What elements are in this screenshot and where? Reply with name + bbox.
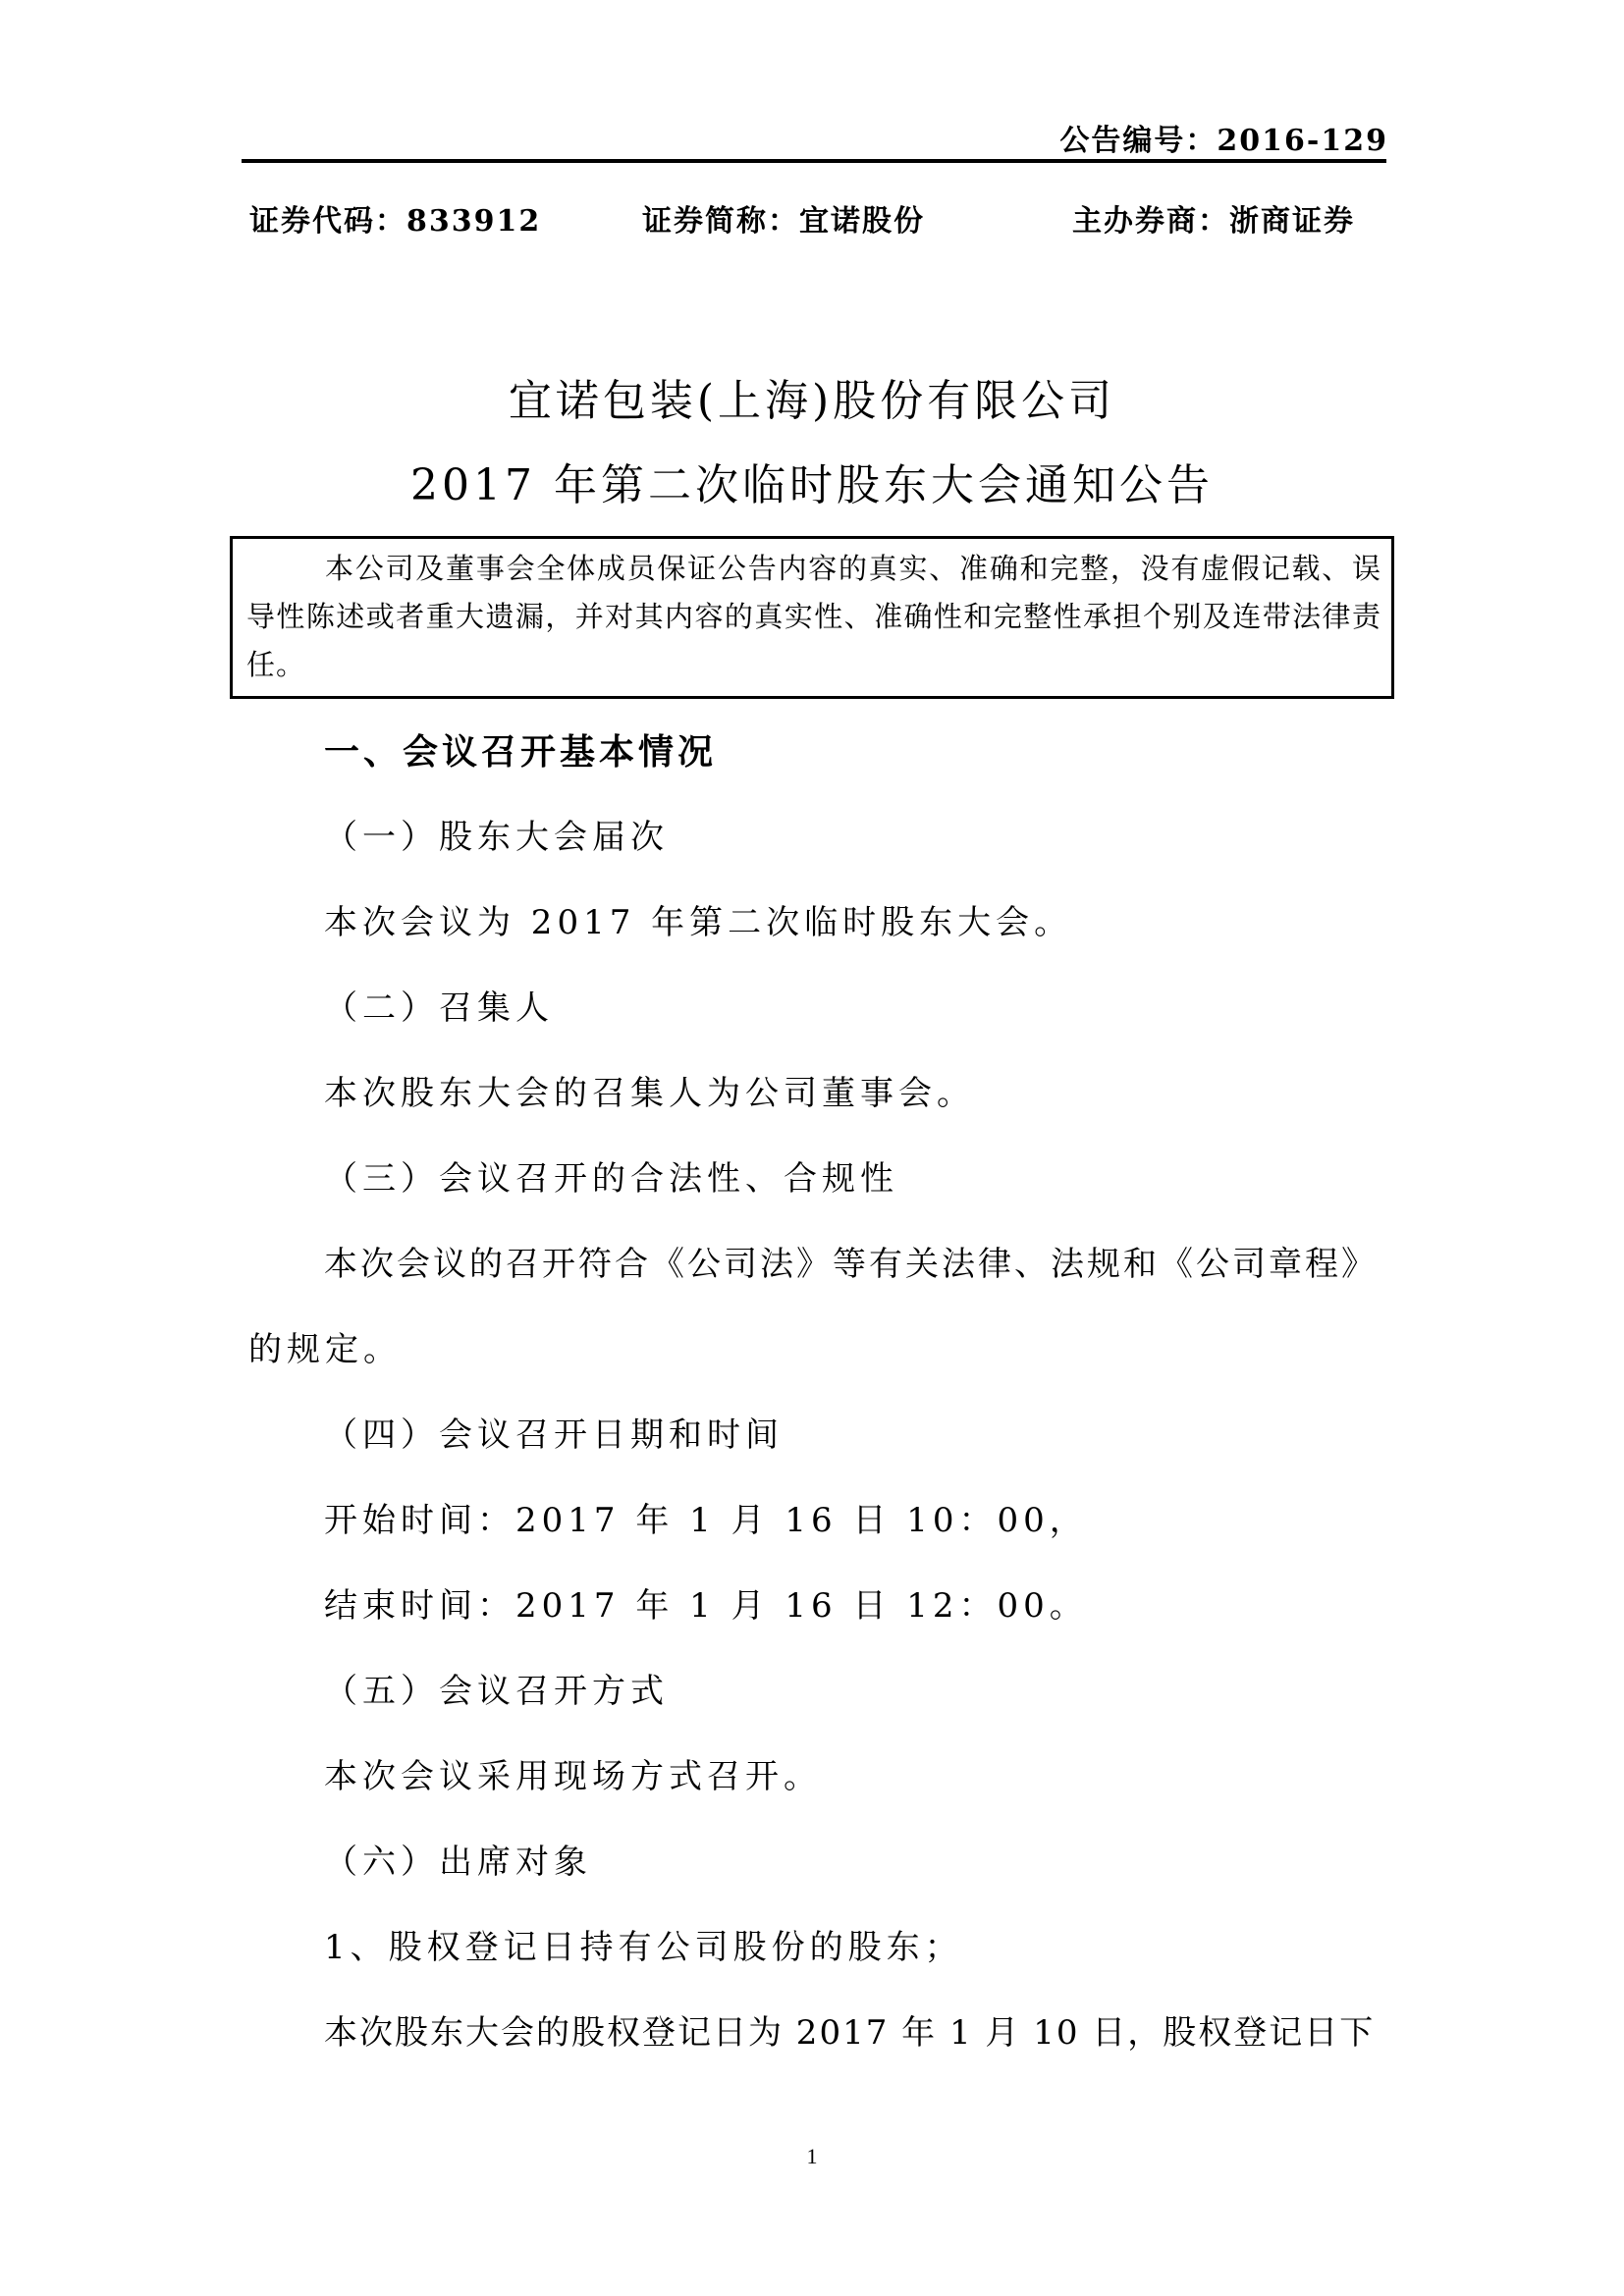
disclaimer-text: 本公司及董事会全体成员保证公告内容的真实、准确和完整，没有虚假记载、误导性陈述或… [246,545,1381,689]
list-item: 1、股权登记日持有公司股份的股东； [324,1920,963,1968]
end-time: 结束时间：2017 年 1 月 16 日 12：00。 [324,1578,1088,1627]
subsection-heading: （五）会议召开方式 [324,1664,669,1712]
paragraph-continuation: 的规定。 [248,1322,402,1370]
document-page: 公告编号：2016-129 证券代码：833912 证券简称：宜诺股份 主办券商… [0,0,1624,2296]
subsection-heading: （一）股东大会届次 [324,810,669,858]
section-heading: 一、会议召开基本情况 [324,724,717,774]
security-code: 证券代码：833912 [249,196,541,240]
disclaimer-box: 本公司及董事会全体成员保证公告内容的真实、准确和完整，没有虚假记载、误导性陈述或… [230,536,1394,699]
subsection-heading: （二）召集人 [324,981,554,1029]
subsection-heading: （三）会议召开的合法性、合规性 [324,1151,898,1200]
subsection-heading: （四）会议召开日期和时间 [324,1408,784,1456]
security-short-name: 证券简称：宜诺股份 [642,196,925,240]
page-number: 1 [0,2144,1624,2169]
paragraph: 本次会议的召开符合《公司法》等有关法律、法规和《公司章程》 [324,1237,1378,1285]
start-time: 开始时间：2017 年 1 月 16 日 10：00， [324,1493,1088,1541]
notice-title: 2017 年第二次临时股东大会通知公告 [0,450,1624,512]
header-rule [242,159,1386,163]
notice-number: 公告编号：2016-129 [1059,116,1388,159]
paragraph: 本次会议为 2017 年第二次临时股东大会。 [324,895,1072,943]
sponsor-broker: 主办券商：浙商证券 [1072,196,1355,240]
company-title: 宜诺包装(上海)股份有限公司 [0,365,1624,428]
paragraph: 本次股东大会的股权登记日为 2017 年 1 月 10 日，股权登记日下 [324,2005,1375,2054]
subsection-heading: （六）出席对象 [324,1835,592,1883]
security-info-row: 证券代码：833912 证券简称：宜诺股份 主办券商：浙商证券 [249,196,1379,240]
paragraph: 本次股东大会的召集人为公司董事会。 [324,1066,975,1114]
paragraph: 本次会议采用现场方式召开。 [324,1749,822,1797]
